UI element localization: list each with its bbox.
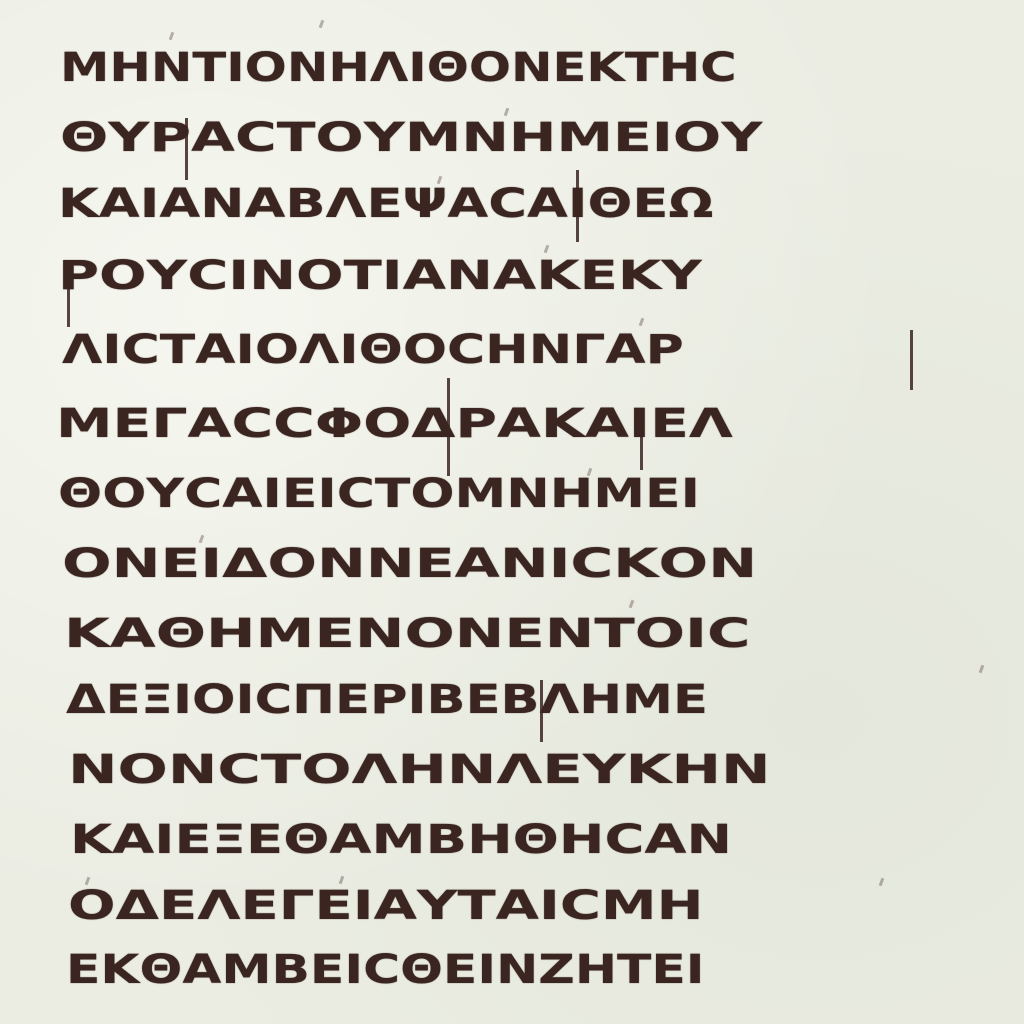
manuscript-line-4: ΡΟΥϹΙΝΟΤΙΑΝΑΚΕΚΥ bbox=[0, 250, 1024, 302]
diacritic-mark bbox=[979, 665, 985, 674]
manuscript-line-5: ΛΙϹΤΑΙΟΛΙΘΟϹΗΝΓΑΡ bbox=[0, 324, 1024, 376]
manuscript-line-8: ΟΝΕΙΔΟΝΝΕΑΝΙϹΚΟΝ bbox=[0, 538, 1024, 590]
line-text: ΡΟΥϹΙΝΟΤΙΑΝΑΚΕΚΥ bbox=[58, 250, 702, 302]
line-text: ΘΟΥϹΑΙΕΙϹΤΟΜΝΗΜΕΙ bbox=[58, 468, 700, 520]
line-text: ΟΝΕΙΔΟΝΝΕΑΝΙϹΚΟΝ bbox=[62, 538, 757, 590]
manuscript-line-2: ΘΥΡΑϹΤΟΥΜΝΗΜΕΙΟΥ bbox=[0, 112, 1024, 164]
manuscript-line-9: ΚΑΘΗΜΕΝΟΝΕΝΤΟΙϹ bbox=[0, 608, 1024, 660]
manuscript-line-11: ΝΟΝϹΤΟΛΗΝΛΕΥΚΗΝ bbox=[0, 744, 1024, 796]
line-text: ΜΕΓΑϹϹΦΟΔΡΑΚΑΙΕΛ bbox=[56, 398, 733, 450]
manuscript-line-6: ΜΕΓΑϹϹΦΟΔΡΑΚΑΙΕΛ bbox=[0, 398, 1024, 450]
line-text: ΟΔΕΛΕΓΕΙΑΥΤΑΙϹΜΗ bbox=[68, 880, 704, 932]
line-text: ΛΙϹΤΑΙΟΛΙΘΟϹΗΝΓΑΡ bbox=[62, 324, 684, 376]
line-text: ΕΚΘΑΜΒΕΙϹΘΕΙΝΖΗΤΕΙ bbox=[66, 944, 705, 996]
diacritic-mark bbox=[319, 20, 325, 29]
line-text: ΚΑΘΗΜΕΝΟΝΕΝΤΟΙϹ bbox=[64, 608, 751, 660]
line-text: ΘΥΡΑϹΤΟΥΜΝΗΜΕΙΟΥ bbox=[60, 112, 762, 164]
manuscript-line-7: ΘΟΥϹΑΙΕΙϹΤΟΜΝΗΜΕΙ bbox=[0, 468, 1024, 520]
line-text: ΜΗΝΤΙΟΝΗΛΙΘΟΝΕΚΤΗϹ bbox=[60, 42, 737, 94]
diacritic-mark bbox=[169, 32, 175, 41]
line-text: ΚΑΙΑΝΑΒΛΕΨΑϹΑΙΘΕΩ bbox=[58, 178, 713, 230]
manuscript-line-1: ΜΗΝΤΙΟΝΗΛΙΘΟΝΕΚΤΗϹ bbox=[0, 42, 1024, 94]
manuscript-page: ΜΗΝΤΙΟΝΗΛΙΘΟΝΕΚΤΗϹ ΘΥΡΑϹΤΟΥΜΝΗΜΕΙΟΥ ΚΑΙΑ… bbox=[0, 0, 1024, 1024]
manuscript-line-10: ΔΕΞΙΟΙϹΠΕΡΙΒΕΒΛΗΜΕ bbox=[0, 674, 1024, 726]
line-text: ΔΕΞΙΟΙϹΠΕΡΙΒΕΒΛΗΜΕ bbox=[66, 674, 708, 726]
line-text: ΚΑΙΕΞΕΘΑΜΒΗΘΗϹΑΝ bbox=[70, 814, 732, 866]
manuscript-line-12: ΚΑΙΕΞΕΘΑΜΒΗΘΗϹΑΝ bbox=[0, 814, 1024, 866]
manuscript-line-3: ΚΑΙΑΝΑΒΛΕΨΑϹΑΙΘΕΩ bbox=[0, 178, 1024, 230]
manuscript-line-14: ΕΚΘΑΜΒΕΙϹΘΕΙΝΖΗΤΕΙ bbox=[0, 944, 1024, 996]
diacritic-mark bbox=[629, 600, 635, 609]
manuscript-line-13: ΟΔΕΛΕΓΕΙΑΥΤΑΙϹΜΗ bbox=[0, 880, 1024, 932]
line-text: ΝΟΝϹΤΟΛΗΝΛΕΥΚΗΝ bbox=[68, 744, 771, 796]
